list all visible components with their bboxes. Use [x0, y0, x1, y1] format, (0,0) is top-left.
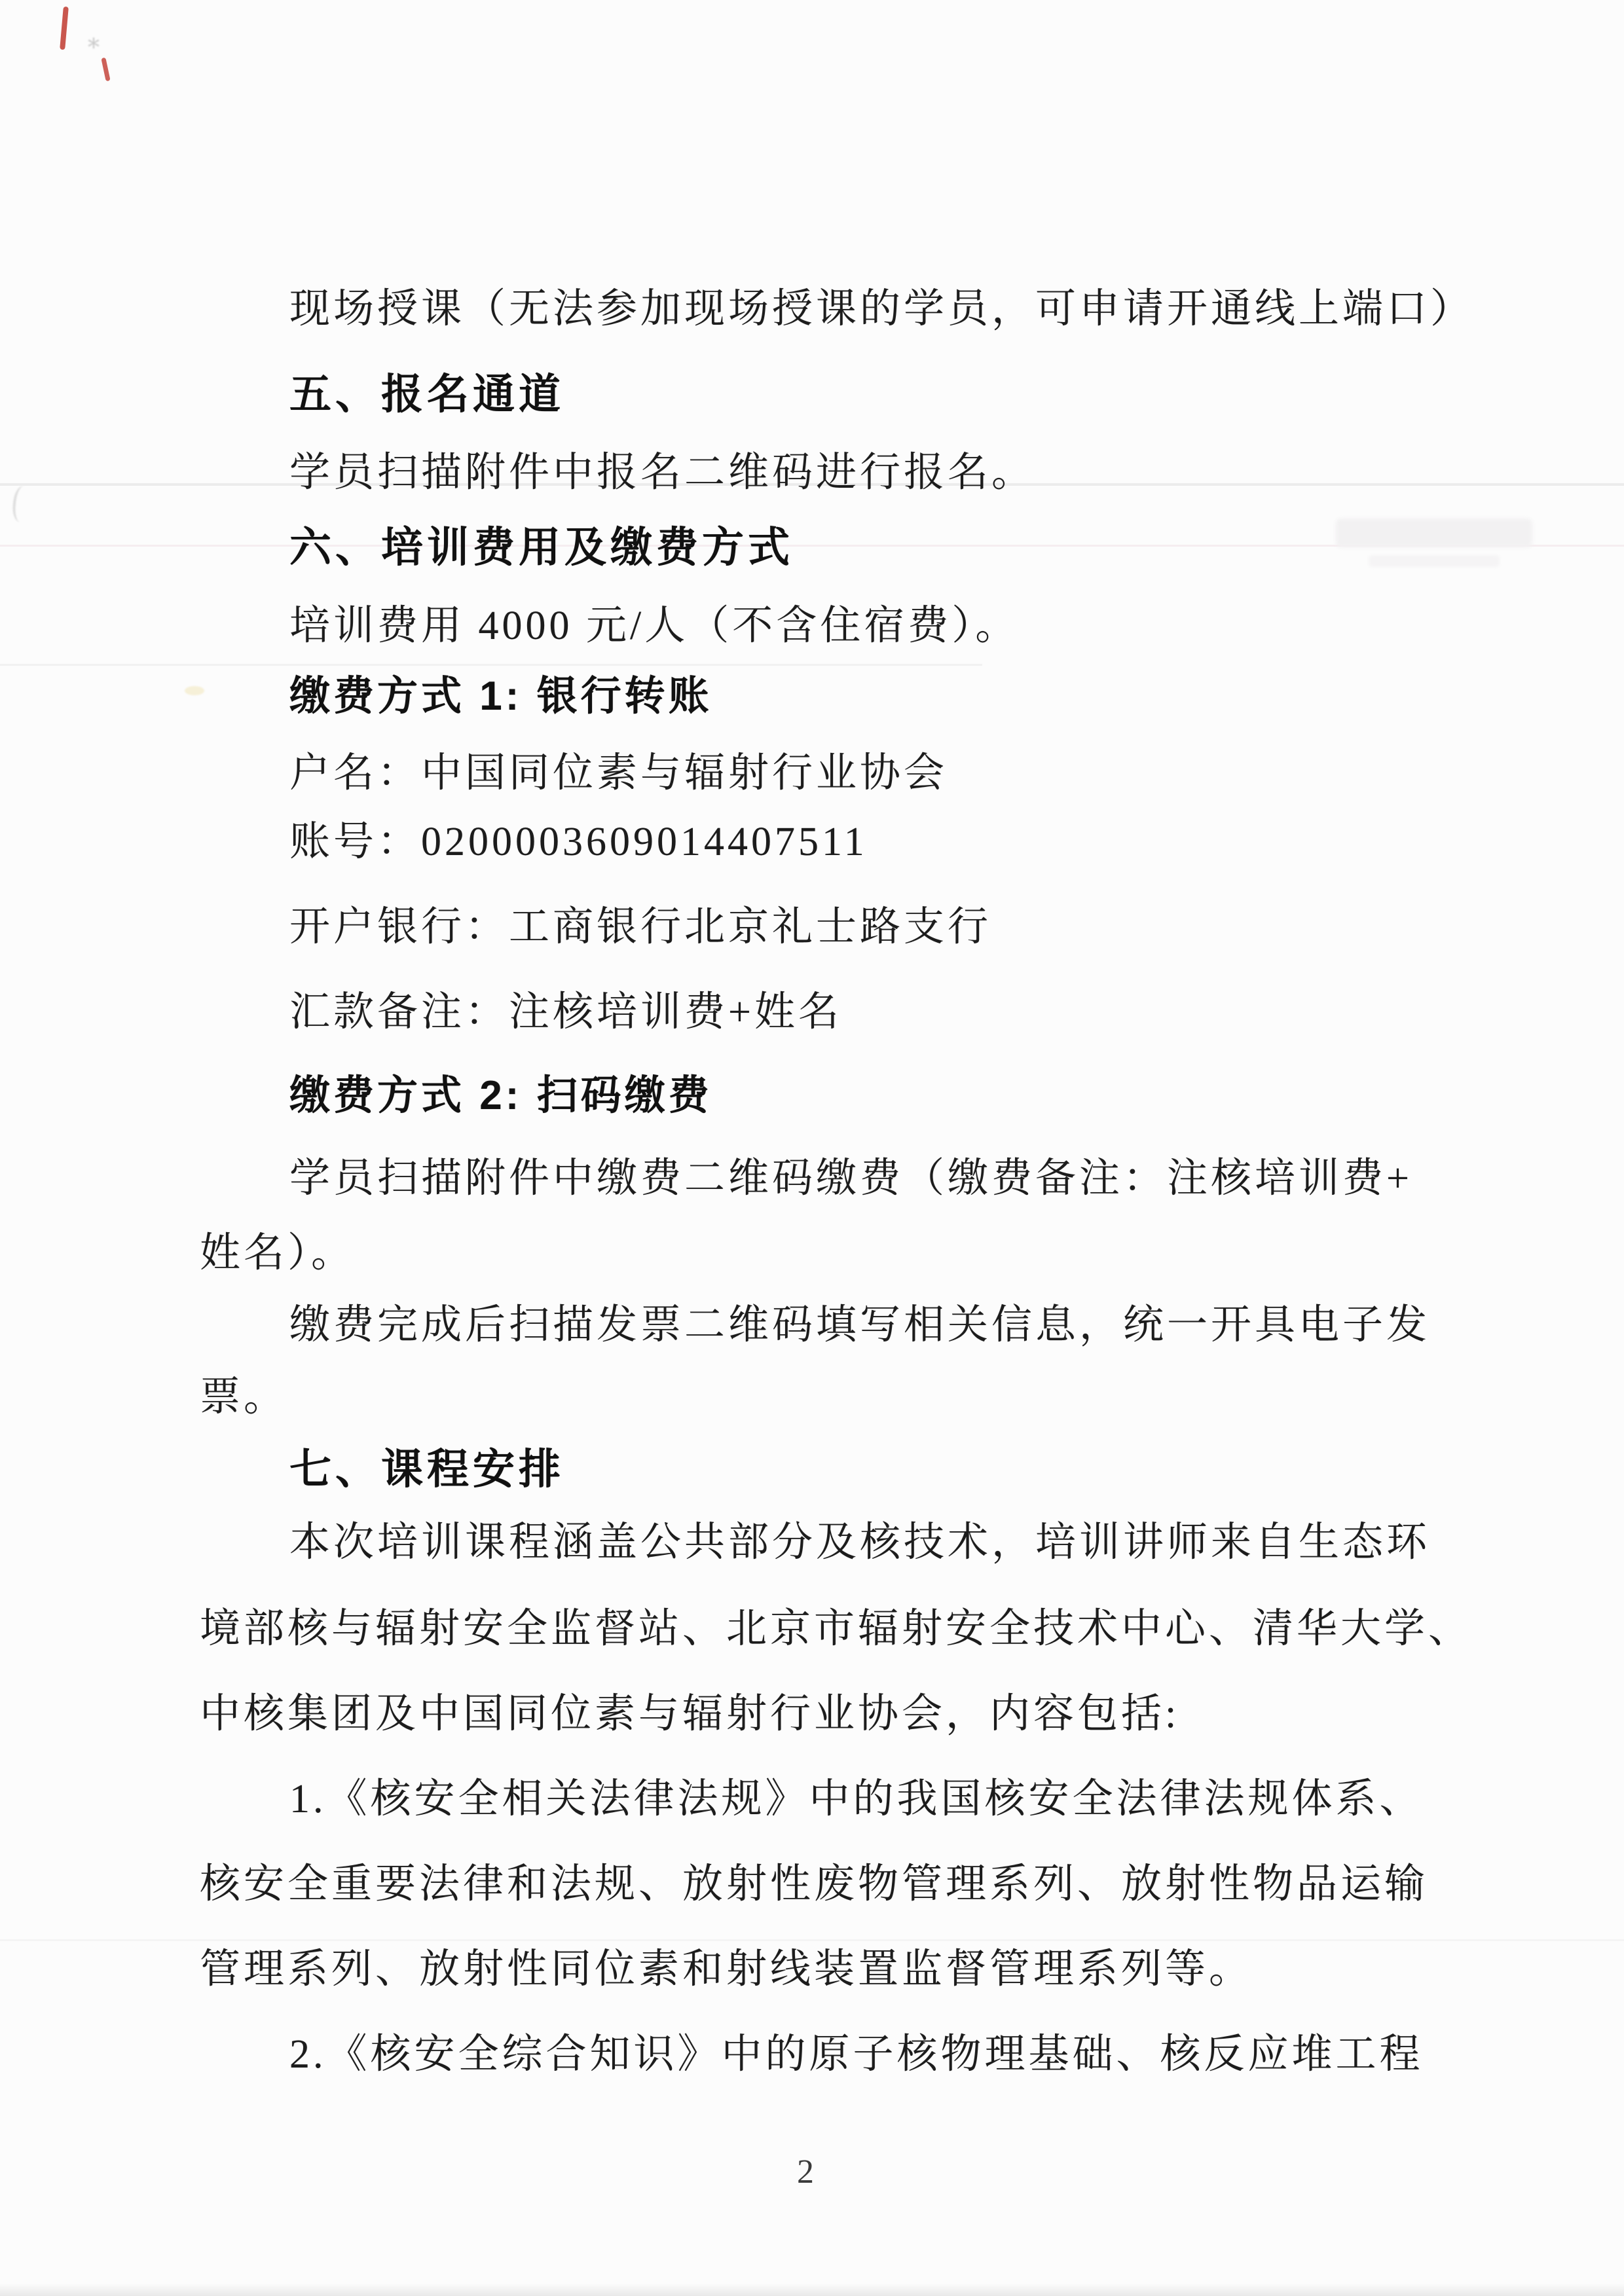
line-account-name: 户名：中国同位素与辐射行业协会	[289, 750, 948, 797]
smudge-mark: ⁎	[88, 26, 100, 54]
ink-bleedthrough	[1336, 519, 1532, 547]
heading-payment-method-2: 缴费方式 2: 扫码缴费	[289, 1072, 712, 1120]
line-scan-pay-part1: 学员扫描附件中缴费二维码缴费（缴费备注：注核培训费+	[289, 1155, 1412, 1202]
heading-section-7-schedule: 七、课程安排	[289, 1446, 564, 1493]
line-scan-pay-part2: 姓名）。	[200, 1230, 355, 1277]
heading-payment-method-1: 缴费方式 1: 银行转账	[289, 673, 712, 720]
line-account-number: 账号：0200003609014407511	[289, 818, 868, 866]
scanner-edge-shadow	[0, 2284, 1624, 2296]
line-bank-branch: 开户银行：工商银行北京礼士路支行	[289, 903, 991, 951]
heading-section-6-fees: 六、培训费用及缴费方式	[289, 524, 794, 571]
red-pen-mark	[101, 58, 110, 82]
line-onsite-teaching-note: 现场授课（无法参加现场授课的学员，可申请开通线上端口）	[289, 285, 1474, 333]
ink-bleedthrough	[1369, 555, 1500, 567]
heading-section-5-registration: 五、报名通道	[289, 371, 564, 418]
scan-line	[0, 1939, 1624, 1941]
red-pen-mark	[60, 7, 69, 50]
line-course-item-1c: 管理系列、放射性同位素和射线装置监督管理系列等。	[200, 1946, 1253, 1993]
page-number: 2	[773, 2153, 838, 2191]
scan-line	[0, 664, 982, 666]
smudge-mark	[185, 686, 204, 695]
line-course-intro-3: 中核集团及中国同位素与辐射行业协会，内容包括:	[200, 1690, 1179, 1738]
line-fee-amount: 培训费用 4000 元/人（不含住宿费）。	[289, 602, 1019, 649]
line-course-intro-2: 境部核与辐射安全监督站、北京市辐射安全技术中心、清华大学、	[200, 1605, 1472, 1652]
line-course-intro-1: 本次培训课程涵盖公共部分及核技术，培训讲师来自生态环	[289, 1519, 1430, 1566]
line-invoice-part2: 票。	[200, 1374, 287, 1421]
line-course-item-1b: 核安全重要法律和法规、放射性废物管理系列、放射性物品运输	[200, 1861, 1428, 1908]
line-remittance-note: 汇款备注：注核培训费+姓名	[289, 989, 842, 1036]
line-course-item-2: 2.《核安全综合知识》中的原子核物理基础、核反应堆工程	[289, 2031, 1424, 2078]
line-registration-qrcode: 学员扫描附件中报名二维码进行报名。	[289, 449, 1035, 496]
line-course-item-1a: 1.《核安全相关法律法规》中的我国核安全法律法规体系、	[289, 1776, 1424, 1823]
paren-smudge-mark	[11, 485, 33, 524]
scanned-document-page: ⁎ 现场授课（无法参加现场授课的学员，可申请开通线上端口） 五、报名通道 学员扫…	[0, 0, 1624, 2296]
line-invoice-part1: 缴费完成后扫描发票二维码填写相关信息，统一开具电子发	[289, 1302, 1430, 1349]
